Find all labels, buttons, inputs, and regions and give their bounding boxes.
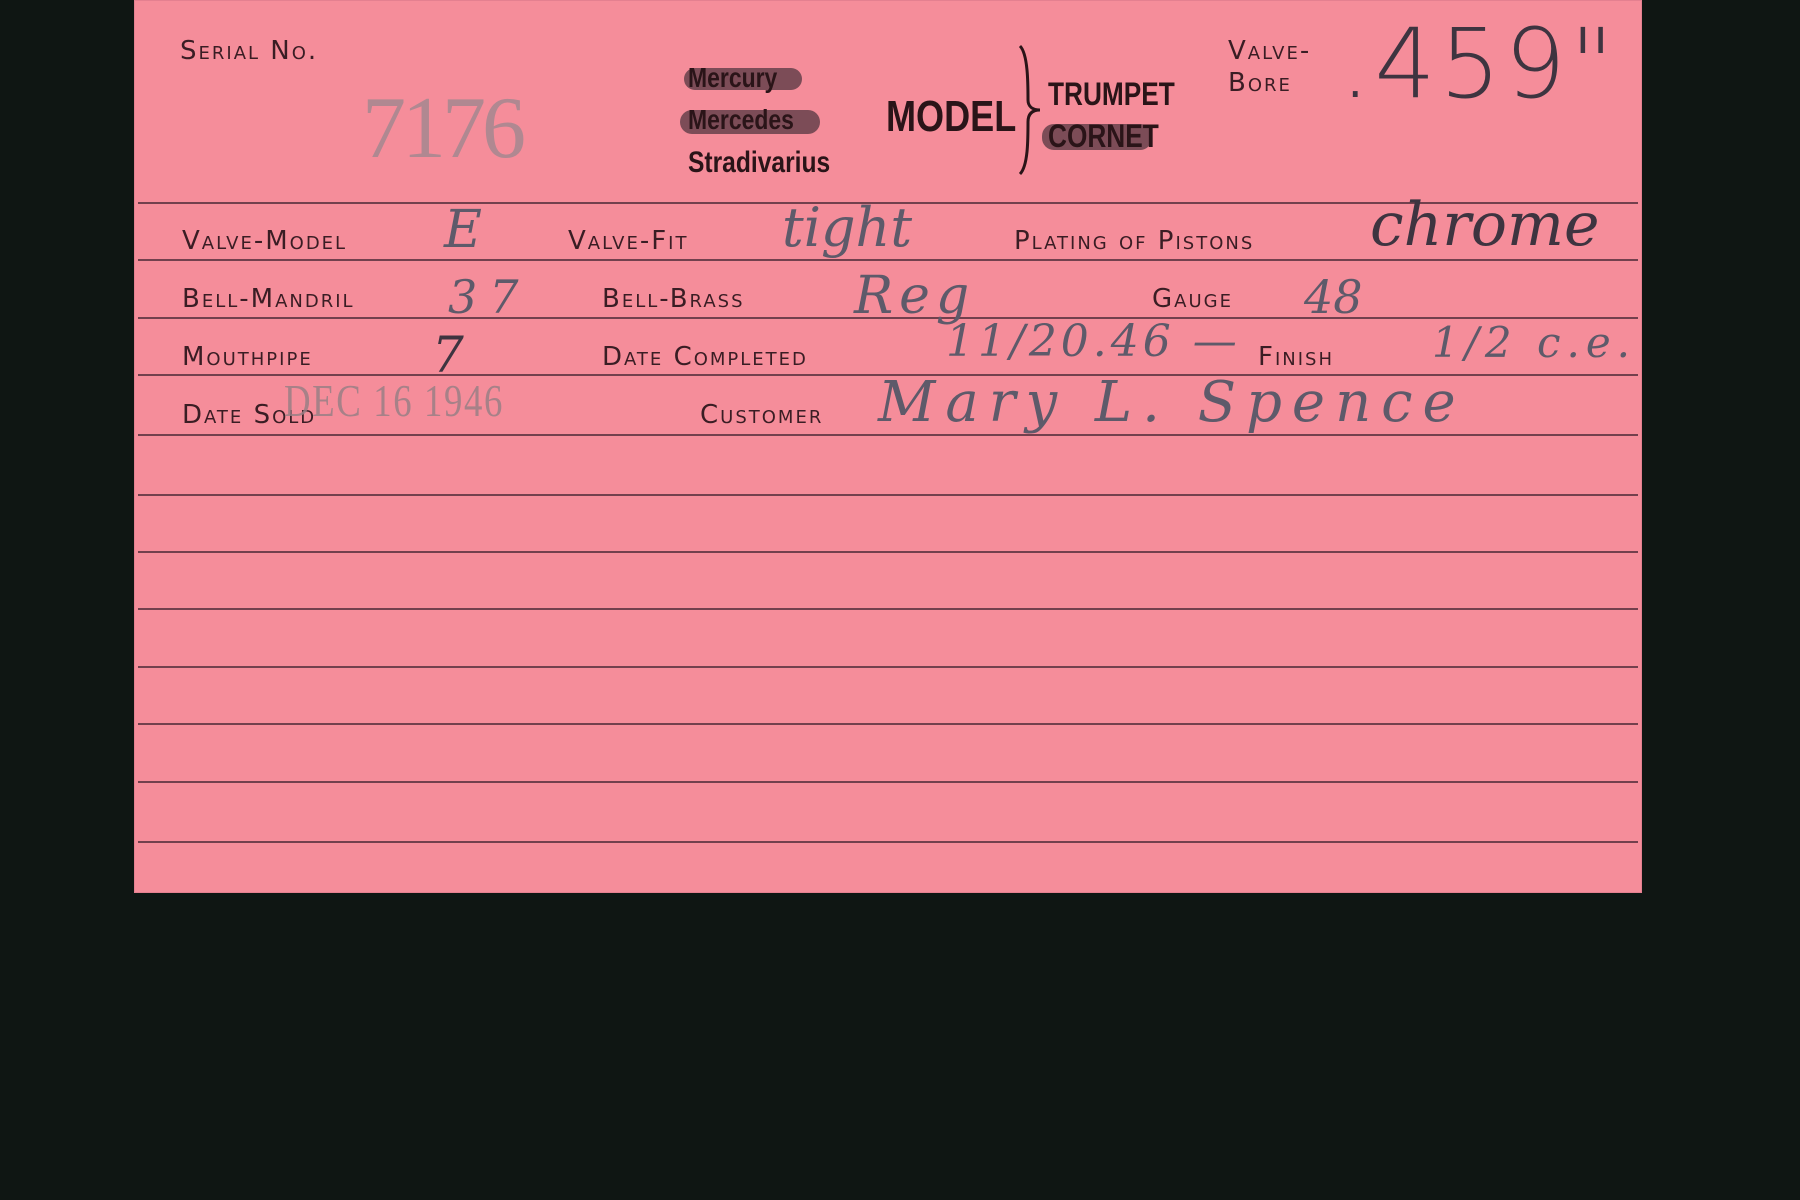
instrument-record-card: Serial No. 7176 Mercury Mercedes Stradiv… [134, 0, 1642, 893]
valve-fit-value: tight [782, 196, 912, 259]
valve-model-value: E [444, 200, 482, 260]
rule-line [138, 551, 1638, 553]
rule-line [138, 494, 1638, 496]
serial-no-value: 7176 [362, 78, 522, 179]
instrument-type-trumpet: TRUMPET [1048, 76, 1175, 113]
model-name-mercury: Mercury [688, 62, 777, 94]
rule-line [138, 781, 1638, 783]
date-completed-value: 11/20.46 — [946, 316, 1241, 367]
mouthpipe-label: Mouthpipe [182, 342, 313, 372]
rule-line [138, 608, 1638, 610]
date-sold-stamp: DEC 16 1946 [284, 374, 504, 427]
model-label: MODEL [886, 92, 1016, 142]
rule-line [138, 666, 1638, 668]
finish-label: Finish [1258, 342, 1334, 372]
model-name-mercedes: Mercedes [688, 104, 794, 136]
customer-value: Mary L. Spence [878, 370, 1466, 435]
gauge-value: 48 [1304, 270, 1363, 324]
valve-bore-value: .459" [1340, 8, 1618, 120]
valve-bore-label-1: Valve- [1228, 36, 1311, 66]
model-name-stradivarius: Stradivarius [688, 146, 830, 180]
rule-line [138, 723, 1638, 725]
plating-value: chrome [1370, 190, 1599, 260]
gauge-label: Gauge [1152, 284, 1233, 314]
serial-no-label: Serial No. [180, 36, 318, 66]
bell-mandril-value: 37 [448, 270, 531, 324]
brace-icon [1014, 44, 1044, 176]
valve-bore-label-2: Bore [1228, 68, 1292, 98]
bell-mandril-label: Bell-Mandril [182, 284, 355, 314]
instrument-type-cornet: CORNET [1048, 118, 1159, 155]
valve-fit-label: Valve-Fit [568, 226, 688, 256]
rule-line [138, 841, 1638, 843]
plating-label: Plating of Pistons [1014, 226, 1254, 256]
finish-value: 1/2 c.e. [1432, 318, 1636, 367]
bell-brass-label: Bell-Brass [602, 284, 745, 314]
date-completed-label: Date Completed [602, 342, 808, 372]
customer-label: Customer [700, 400, 823, 430]
valve-model-label: Valve-Model [182, 226, 347, 256]
